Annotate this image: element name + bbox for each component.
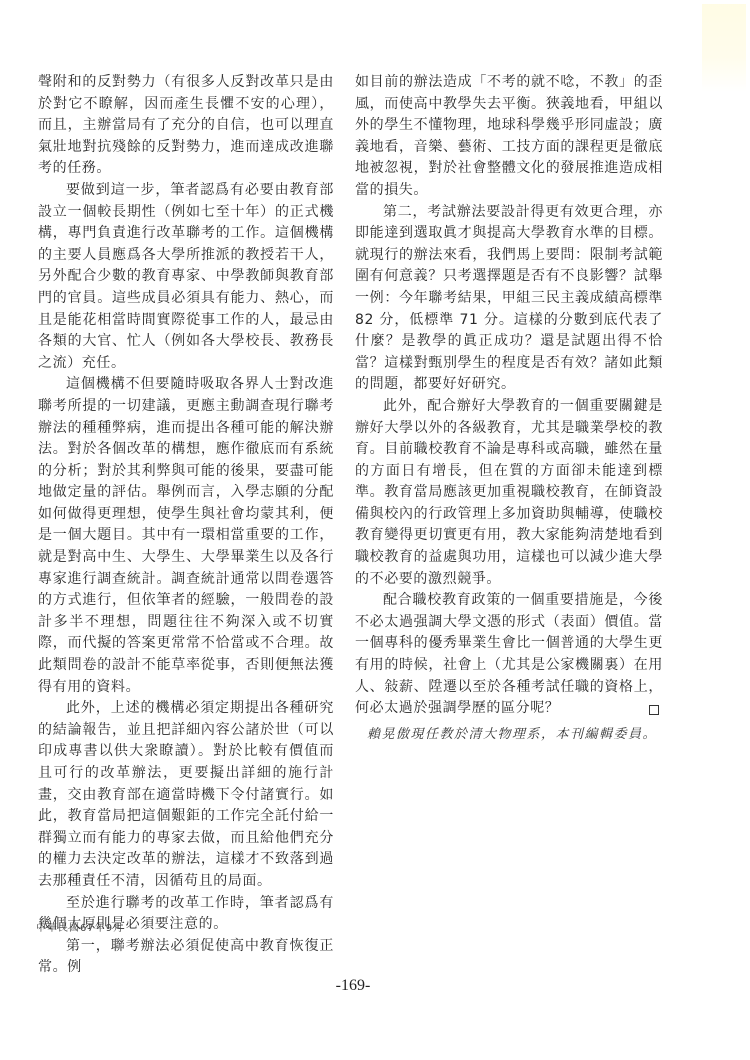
paragraph: 此外，配合辦好大學教育的一個重要關鍵是辦好大學以外的各級教育，尤其是職業學校的教…	[355, 396, 663, 590]
end-of-article-box-icon	[649, 705, 659, 715]
paragraph: 如目前的辦法造成「不考的就不唸，不教」的歪風，而使高中教學失去平衡。狹義地看，甲…	[355, 72, 663, 202]
paragraph: 聲附和的反對勢力（有很多人反對改革只是由於對它不瞭解，因而產生長懼不安的心理），…	[38, 72, 334, 180]
paragraph: 要做到這一步，筆者認爲有必要由教育部設立一個較長期性（例如七至十年）的正式機構，…	[38, 180, 334, 374]
paragraph: 此外，上述的機構必須定期提出各種研究的結論報告，並且把詳細內容公諸於世（可以印成…	[38, 698, 334, 892]
paragraph: 配合職校教育政策的一個重要措施是，今後不必太過强調大學文憑的形式（表面）價值。當…	[355, 590, 663, 720]
final-paragraph-block: 配合職校教育政策的一個重要措施是，今後不必太過强調大學文憑的形式（表面）價值。當…	[355, 590, 663, 720]
paragraph: 第二，考試辦法要設計得更有效更合理，亦即能達到選取眞才與提高大學教育水準的目標。…	[355, 202, 663, 396]
author-note: 賴晃傲現任教於清大物理系，本刊編輯委員。	[355, 724, 663, 746]
page-number: -169-	[323, 977, 383, 995]
paragraph: 這個機構不但要隨時吸取各界人士對改進聯考所提的一切建議，更應主動調查現行聯考辦法…	[38, 374, 334, 698]
footer-date: 中華民國67年9月	[36, 919, 124, 934]
scan-discoloration	[702, 4, 746, 92]
right-column: 如目前的辦法造成「不考的就不唸，不教」的歪風，而使高中教學失去平衡。狹義地看，甲…	[355, 72, 663, 758]
paragraph: 第一，聯考辦法必須促使高中教育恢復正常。例	[38, 936, 334, 979]
left-column: 聲附和的反對勢力（有很多人反對改革只是由於對它不瞭解，因而產生長懼不安的心理），…	[38, 72, 334, 979]
